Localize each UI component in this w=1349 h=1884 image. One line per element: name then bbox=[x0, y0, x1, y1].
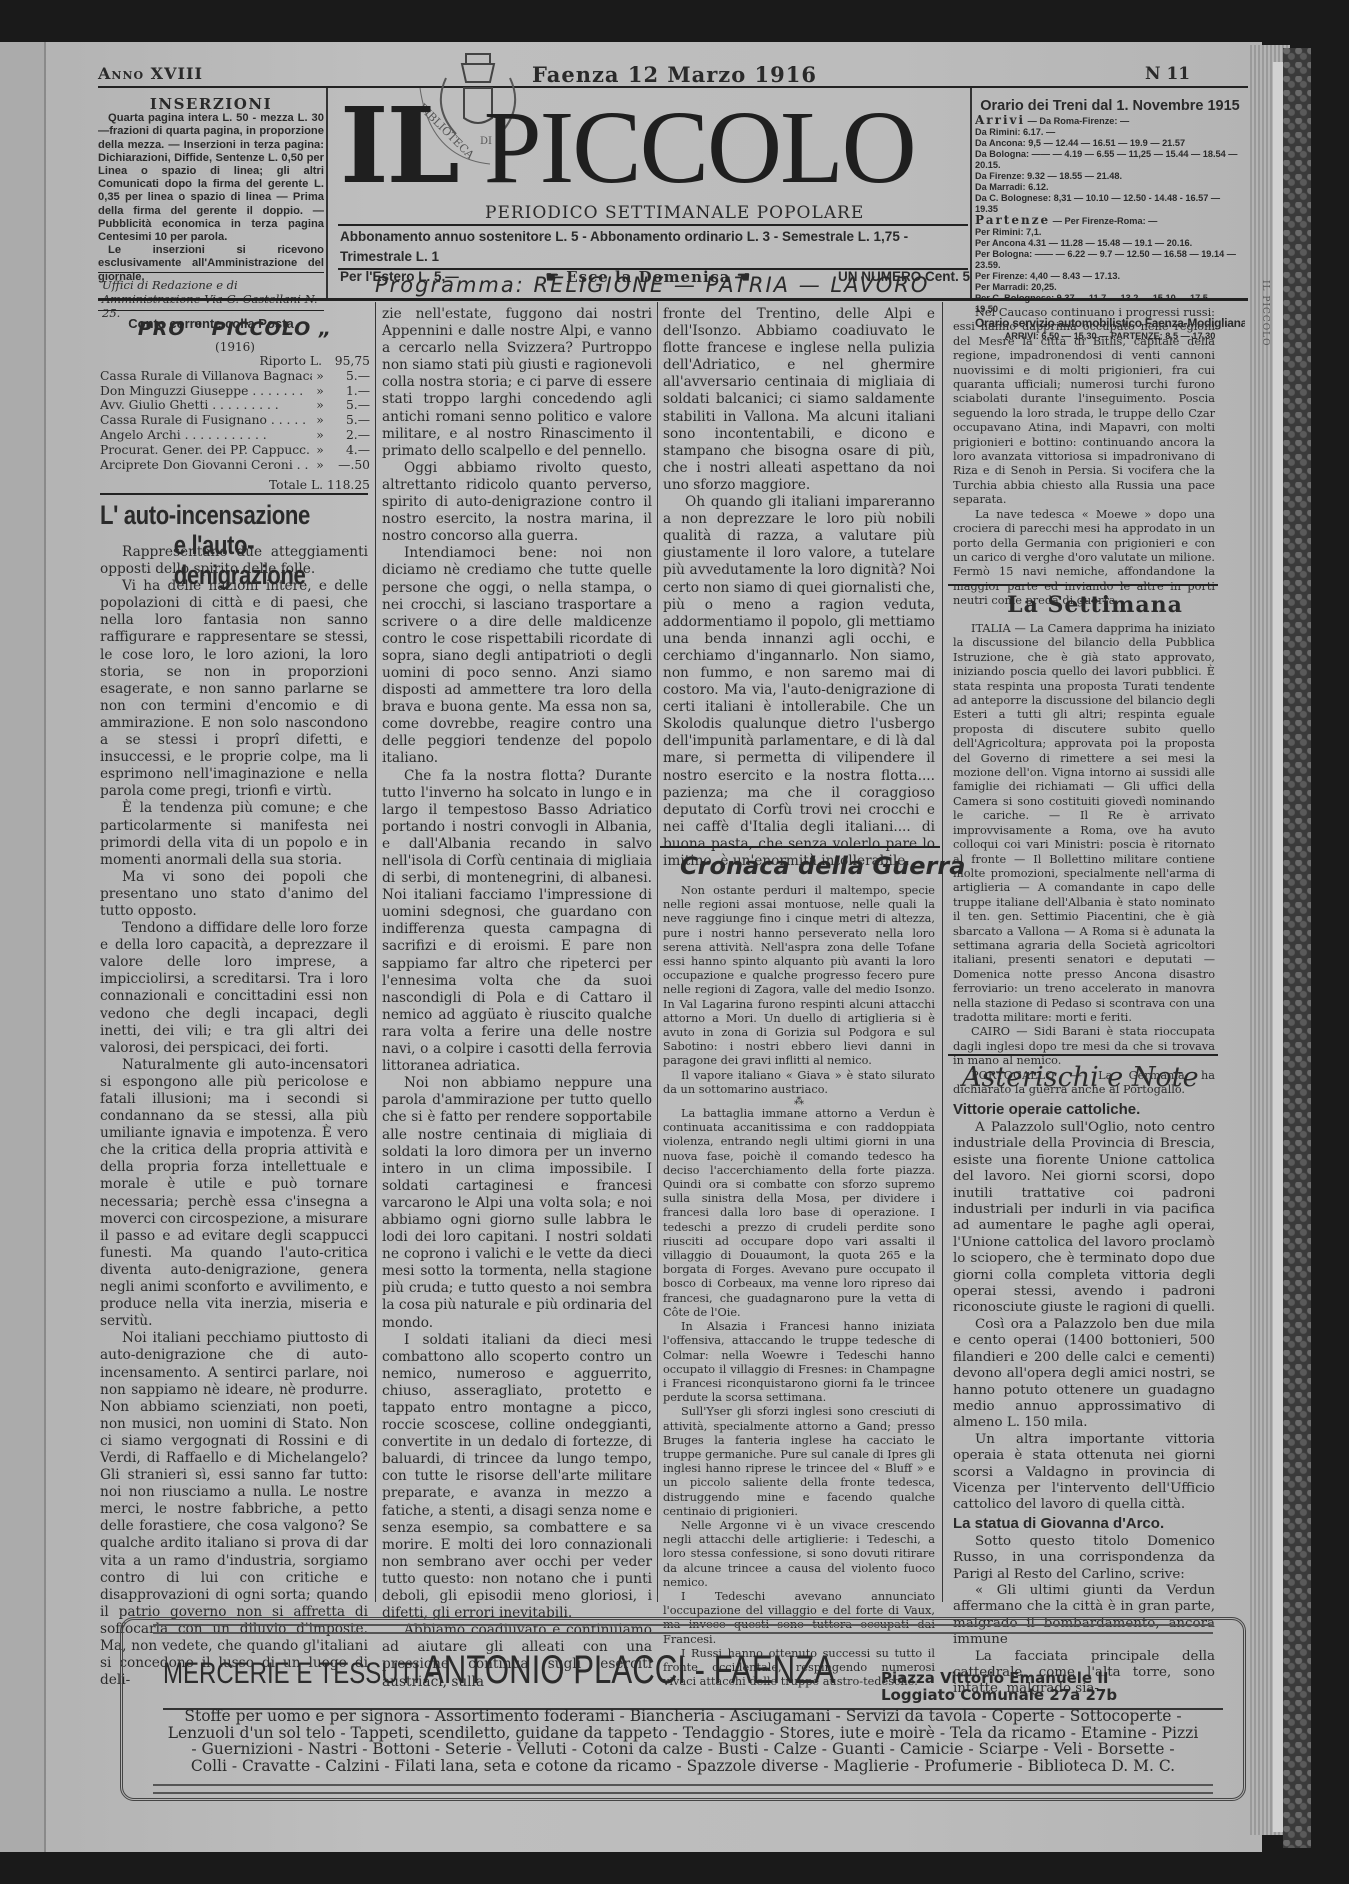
donation-row: Cassa Rurale di Fusignano . . . . .»5.— bbox=[100, 413, 370, 428]
timetable-row: Da Rimini: 6.17. — bbox=[975, 127, 1245, 138]
ornamental-border bbox=[153, 1784, 1213, 1794]
timetable-row: Da Bologna: —— — 4.19 — 6.55 — 11,25 — 1… bbox=[975, 149, 1245, 171]
paragraph: Noi non abbiamo neppure una parola d'amm… bbox=[382, 1075, 652, 1331]
pro-piccolo-year: (1916) bbox=[100, 340, 370, 354]
rule bbox=[338, 268, 968, 270]
paragraph: Vi ha delle nazioni intere, e delle popo… bbox=[100, 578, 368, 800]
rule bbox=[948, 1054, 1218, 1056]
ad-shop-name: ANTONIO PLACCI - FAENZA bbox=[423, 1648, 774, 1693]
asterischi-headline: Asterischi e Note bbox=[962, 1062, 1199, 1093]
timetable-row: Per Marradi: 20,25. bbox=[975, 282, 1245, 293]
paragraph: Il vapore italiano « Giava » è stato sil… bbox=[663, 1069, 935, 1097]
timetable-row: Per Bologna: —— — 6.22 — 9.7 — 12.50 — 1… bbox=[975, 249, 1245, 271]
paragraph: Non ostante perduri il maltempo, specie … bbox=[663, 884, 935, 1069]
paragraph: Tendono a diffidare delle loro forze e d… bbox=[100, 920, 368, 1057]
timetable-row: Da Firenze: 9.32 — 18.55 — 21.48. bbox=[975, 171, 1245, 182]
paragraph: Ma vi sono dei popoli che presentano uno… bbox=[100, 869, 368, 920]
rule bbox=[948, 584, 1218, 586]
paragraph: Così ora a Palazzolo ben due mila e cent… bbox=[953, 1317, 1215, 1432]
paragraph: ITALIA — La Camera dapprima ha iniziato … bbox=[953, 622, 1215, 1025]
header-bottom-rule bbox=[98, 298, 1248, 301]
settimana-headline: La Settimana bbox=[975, 592, 1215, 618]
subscription-rates: Abbonamento annuo sostenitore L. 5 - Abb… bbox=[340, 227, 970, 267]
issue-year: Anno XVIII bbox=[98, 64, 203, 83]
timetable-title: Orario dei Treni dal 1. Novembre 1915 bbox=[975, 98, 1245, 115]
paragraph: Naturalmente gli auto-incensatori si esp… bbox=[100, 1057, 368, 1331]
paragraph: I soldati italiani da dieci mesi combatt… bbox=[382, 1332, 652, 1623]
paragraph: A Palazzolo sull'Oglio, noto centro indu… bbox=[953, 1120, 1215, 1317]
inserzioni-rates: Quarta pagina intera L. 50 - mezza L. 30… bbox=[98, 112, 324, 244]
donation-row: Procurat. Gener. dei PP. Cappucc. Roma»4… bbox=[100, 443, 370, 458]
pro-piccolo-title: PRO " PICCOLO „ bbox=[100, 318, 370, 340]
article-column-3: fronte del Trentino, delle Alpi e dell'I… bbox=[663, 306, 935, 870]
donation-row: Angelo Archi . . . . . . . . . . .»2.— bbox=[100, 428, 370, 443]
spine-label: IL PICCOLO bbox=[1250, 280, 1270, 580]
timetable-row: Da Ancona: 9,5 — 12.44 — 16.51 — 19.9 — … bbox=[975, 138, 1245, 149]
rule bbox=[98, 272, 324, 273]
paragraph: Rappresentano due atteggiamenti opposti … bbox=[100, 544, 368, 578]
cronaca-column: Non ostante perduri il maltempo, specie … bbox=[663, 884, 935, 1689]
masthead-title: ILPICCOLO bbox=[340, 96, 915, 198]
header-left-divider bbox=[326, 88, 328, 300]
paragraph: Sull'Yser gli sforzi inglesi sono cresci… bbox=[663, 1405, 935, 1519]
timetable-row: Da C. Bolognese: 8,31 — 10.10 — 12.50 - … bbox=[975, 193, 1245, 215]
inserzioni-title: INSERZIONI bbox=[98, 98, 324, 111]
donation-row: Don Minguzzi Giuseppe . . . . . . .»1.— bbox=[100, 384, 370, 399]
timetable-row: Per Ancona 4.31 — 11.28 — 15.48 — 19.1 —… bbox=[975, 238, 1245, 249]
issue-date: Faenza 12 Marzo 1916 bbox=[532, 62, 817, 87]
ornamental-border bbox=[153, 1624, 1213, 1634]
header-top-rule bbox=[98, 86, 1248, 88]
paragraph: Sotto questo titolo Domenico Russo, in u… bbox=[953, 1534, 1215, 1583]
page-stack-edge-light bbox=[1273, 62, 1283, 1832]
donation-row: Cassa Rurale di Villanova Bagnacavallo»5… bbox=[100, 369, 370, 384]
section-separator-icon: ⁂ bbox=[663, 1097, 935, 1107]
riporto-row: Riporto L.95,75 bbox=[100, 354, 370, 369]
arrivi-label: Arrivi bbox=[975, 115, 1025, 127]
settimana-column: ITALIA — La Camera dapprima ha iniziato … bbox=[953, 622, 1215, 1097]
book-binding bbox=[1283, 48, 1311, 1848]
placci-advertisement: MERCERIE E TESSUTI - ANTONIO PLACCI - FA… bbox=[120, 1617, 1246, 1801]
paragraph: Che fa la nostra flotta? Durante tutto l… bbox=[382, 768, 652, 1076]
column-divider bbox=[657, 302, 658, 1602]
timetable-row: Per Rimini: 7,1. bbox=[975, 227, 1245, 238]
header-right-divider bbox=[970, 88, 972, 300]
paragraph: Oggi abbiamo rivolto questo, altrettanto… bbox=[382, 460, 652, 545]
masthead-subtitle: PERIODICO SETTIMANALE POPOLARE bbox=[485, 203, 864, 223]
subheading: La statua di Giovanna d'Arco. bbox=[953, 1514, 1215, 1534]
previous-page-edge bbox=[0, 42, 46, 1852]
column-divider bbox=[942, 302, 943, 1602]
cronaca-headline: Cronaca della Guerra bbox=[680, 852, 965, 880]
paragraph: È la tendenza più comune; e che particol… bbox=[100, 800, 368, 868]
column-4-top: Nel Caucaso continuano i progressi russi… bbox=[953, 306, 1215, 609]
asterischi-column: Vittorie operaie cattoliche. A Palazzolo… bbox=[953, 1100, 1215, 1698]
rule bbox=[660, 846, 940, 848]
timetable-row: Per Firenze: 4,40 — 8.43 — 17.13. bbox=[975, 271, 1245, 282]
article-column-1: Rappresentano due atteggiamenti opposti … bbox=[100, 544, 368, 1689]
paragraph: Intendiamoci bene: noi non diciamo nè cr… bbox=[382, 545, 652, 767]
paragraph: Nel Caucaso continuano i progressi russi… bbox=[953, 306, 1215, 508]
ad-category: MERCERIE E TESSUTI - bbox=[163, 1657, 371, 1691]
donation-total: Totale L. 118.25 bbox=[100, 478, 370, 492]
paragraph: Nelle Argonne vi è un vivace crescendo n… bbox=[663, 1519, 935, 1590]
issue-number: N 11 bbox=[1145, 64, 1190, 84]
paragraph: Un altra importante vittoria operaia è s… bbox=[953, 1432, 1215, 1514]
programma-motto: Programma: RELIGIONE — PATRIA — LAVORO bbox=[375, 273, 929, 297]
timetable-row: Da Marradi: 6.12. bbox=[975, 182, 1245, 193]
ad-product-list: Stoffe per uomo e per signora - Assortim… bbox=[143, 1708, 1223, 1774]
rule bbox=[338, 224, 968, 226]
donation-row: Avv. Giulio Ghetti . . . . . . . . .»5.— bbox=[100, 398, 370, 413]
rule bbox=[98, 310, 324, 311]
paragraph: La battaglia immane attorno a Verdun è c… bbox=[663, 1107, 935, 1320]
column-divider bbox=[375, 302, 376, 1602]
paragraph: zie nell'estate, fuggono dai nostri Appe… bbox=[382, 306, 652, 460]
inserzioni-box: INSERZIONI Quarta pagina intera L. 50 - … bbox=[98, 98, 324, 284]
article-column-2: zie nell'estate, fuggono dai nostri Appe… bbox=[382, 306, 652, 1691]
masthead-piccolo: PICCOLO bbox=[484, 90, 915, 205]
ad-address: Piazza Vittorio Emanuele IILoggiato Comu… bbox=[881, 1670, 1117, 1704]
rule bbox=[100, 493, 368, 495]
masthead-il: IL bbox=[340, 84, 458, 207]
ad-headline: MERCERIE E TESSUTI - ANTONIO PLACCI - FA… bbox=[163, 1648, 1223, 1710]
pro-piccolo-box: PRO " PICCOLO „ (1916) Riporto L.95,75 C… bbox=[100, 318, 370, 492]
subheading: Vittorie operaie cattoliche. bbox=[953, 1100, 1215, 1120]
partenze-label: Partenze bbox=[975, 215, 1050, 227]
paragraph: Oh quando gli italiani impareranno a non… bbox=[663, 494, 935, 870]
paragraph: fronte del Trentino, delle Alpi e dell'I… bbox=[663, 306, 935, 494]
donation-row: Arciprete Don Giovanni Ceroni . . .»—.50 bbox=[100, 458, 370, 473]
paragraph: In Alsazia i Francesi hanno iniziata l'o… bbox=[663, 1320, 935, 1405]
